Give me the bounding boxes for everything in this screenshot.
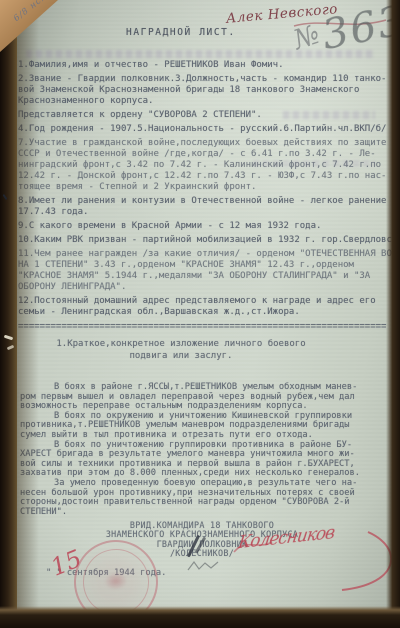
form-item: 9.С какого времени в Красной Армии - с 1… xyxy=(18,221,398,232)
text-line: "КРАСНОЕ ЗНАМЯ" 5.1944 г.,медалями "ЗА О… xyxy=(18,271,398,282)
form-item: 8.Имеет ли ранения и контузии в Отечеств… xyxy=(18,196,398,218)
form-item: 11.Чем ранее награжден /за какие отличия… xyxy=(18,249,398,293)
text-line: СТЕПЕНИ". xyxy=(20,508,394,518)
text-line: вой Знаменской Краснознаменной бригады 1… xyxy=(18,85,398,96)
section-heading-line: подвига или заслуг. xyxy=(45,351,317,363)
text-line: НА 1 СТЕПЕНИ" 3.43 г.,орденом "КРАСНОЕ З… xyxy=(18,260,398,271)
form-item: 1.Фамилия,имя и отчество - РЕШЕТНИКОВ Ив… xyxy=(18,60,398,71)
text-line: 9.С какого времени в Красной Армии - с 1… xyxy=(18,221,398,232)
text-line: 10.Каким РВК призван - партийной мобилиз… xyxy=(18,235,398,246)
text-line: стороны,достоин правительственной наград… xyxy=(20,498,394,508)
body-paragraph: За умело проведенную боевую операцию,в р… xyxy=(20,479,394,517)
form-item: 2.Звание - Гвардии полковник.3.Должность… xyxy=(18,74,398,107)
text-line: СССР и Отечественной войне /где,когда/ -… xyxy=(18,149,398,160)
section-heading-line: 1.Краткое,конкретное изложение личного б… xyxy=(45,339,317,351)
document-title: НАГРАДНОЙ ЛИСТ. xyxy=(126,27,236,38)
scanned-award-document: НАГРАДНОЙ ЛИСТ. 1.Фамилия,имя и отчество… xyxy=(0,0,400,628)
text-line: семьи - Ленинградская обл.,Варшавская ж.… xyxy=(18,307,398,318)
section-heading: 1.Краткое,конкретное изложение личного б… xyxy=(45,339,317,362)
text-line: 7.Участие в гражданской войне,последующи… xyxy=(18,138,398,149)
text-line: ОБОРОНУ ЛЕНИНГРАДА". xyxy=(18,282,398,293)
pencil-scribble xyxy=(186,558,226,576)
body-paragraph: В боях по уничтожению группировки против… xyxy=(20,441,394,479)
body-paragraph: В боях в районе г.ЯССЫ,т.РЕШЕТНИКОВ умел… xyxy=(20,383,394,412)
text-line: Представляется к ордену "СУВОРОВА 2 СТЕП… xyxy=(18,110,398,121)
text-line: 11.Чем ранее награжден /за какие отличия… xyxy=(18,249,398,260)
text-line: 1.Фамилия,имя и отчество - РЕШЕТНИКОВ Ив… xyxy=(18,60,398,71)
form-item: 4.Год рождения - 1907.5.Национальность -… xyxy=(18,124,398,135)
text-line: 8.Имеет ли ранения и контузии в Отечеств… xyxy=(18,196,398,207)
form-section: 1.Фамилия,имя и отчество - РЕШЕТНИКОВ Ив… xyxy=(18,60,398,318)
citation-body: В боях в районе г.ЯССЫ,т.РЕШЕТНИКОВ умел… xyxy=(20,383,394,517)
text-line: 2.Звание - Гвардии полковник.3.Должность… xyxy=(18,74,398,85)
body-paragraph: В боях по окружению и уничтожению Кишине… xyxy=(20,412,394,441)
text-line: 4.Год рождения - 1907.5.Национальность -… xyxy=(18,124,398,135)
binding-shadow xyxy=(17,0,39,628)
signature-flourish-stroke xyxy=(228,522,398,612)
text-line: 12.Постоянный домашний адрес представляе… xyxy=(18,296,398,307)
form-item: 10.Каким РВК призван - партийной мобилиз… xyxy=(18,235,398,246)
text-line: 17.7.43 года. xyxy=(18,207,398,218)
text-line: тоящее время - Степной и 2 Украинский фр… xyxy=(18,182,398,193)
form-item: 12.Постоянный домашний адрес представляе… xyxy=(18,296,398,318)
text-line: нинградский фронт,с 3.42 по 7.42 г. - Ка… xyxy=(18,160,398,171)
text-line: Краснознаменного корпуса. xyxy=(18,96,398,107)
page-right-edge xyxy=(386,0,400,628)
book-binding-strip xyxy=(0,0,17,628)
page-bottom-edge xyxy=(0,606,400,628)
form-item: 7.Участие в гражданской войне,последующи… xyxy=(18,138,398,193)
form-item: Представляется к ордену "СУВОРОВА 2 СТЕП… xyxy=(18,110,398,121)
text-line: 12.42 г. - Донской фронт,с 12.42 г.по 7.… xyxy=(18,171,398,182)
separator-line: ========================================… xyxy=(18,322,398,333)
